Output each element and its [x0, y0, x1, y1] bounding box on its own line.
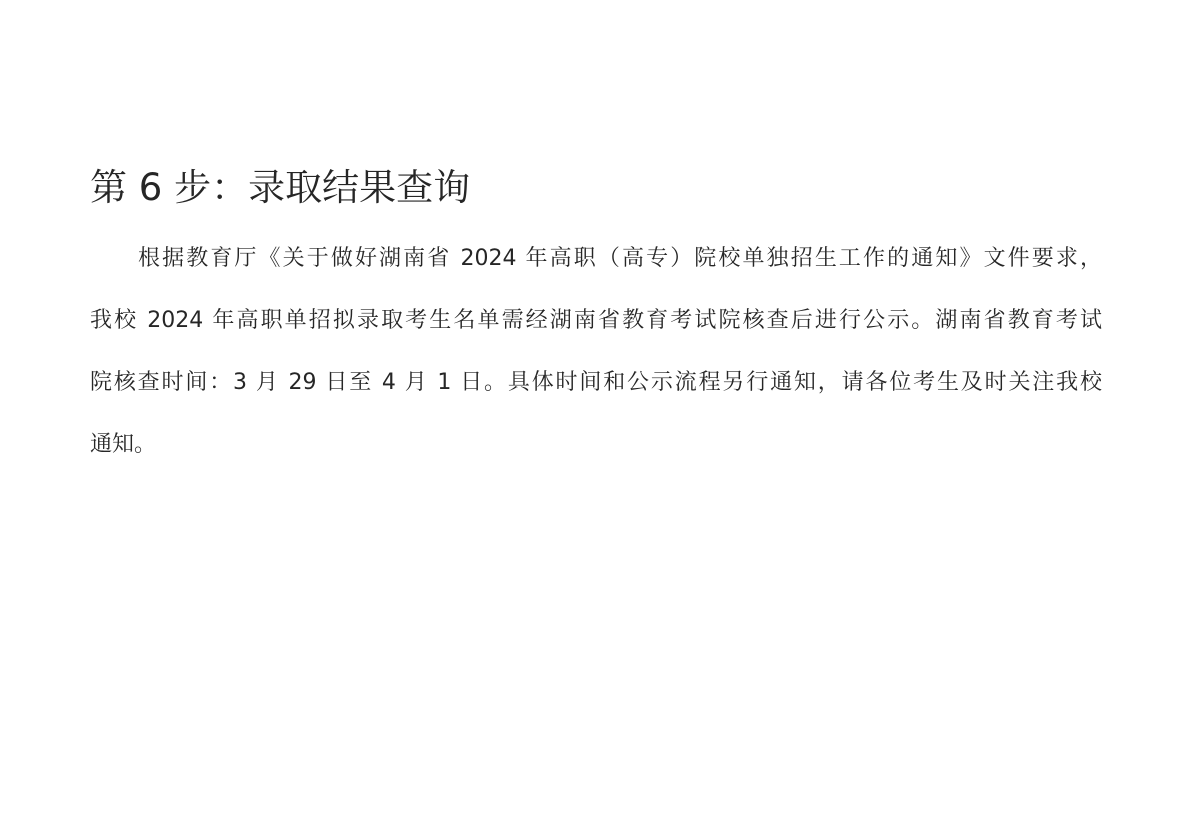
paragraph-line: 通知。 [90, 414, 1102, 476]
paragraph-line: 院核查时间：3 月 29 日至 4 月 1 日。具体时间和公示流程另行通知，请各… [90, 352, 1102, 414]
body-paragraph: 根据教育厅《关于做好湖南省 2024 年高职（高专）院校单独招生工作的通知》文件… [90, 228, 1102, 476]
document-page: 第 6 步：录取结果查询 根据教育厅《关于做好湖南省 2024 年高职（高专）院… [0, 0, 1191, 839]
paragraph-line: 根据教育厅《关于做好湖南省 2024 年高职（高专）院校单独招生工作的通知》文件… [90, 228, 1102, 290]
section-heading: 第 6 步：录取结果查询 [90, 164, 470, 212]
paragraph-line: 我校 2024 年高职单招拟录取考生名单需经湖南省教育考试院核查后进行公示。湖南… [90, 290, 1102, 352]
